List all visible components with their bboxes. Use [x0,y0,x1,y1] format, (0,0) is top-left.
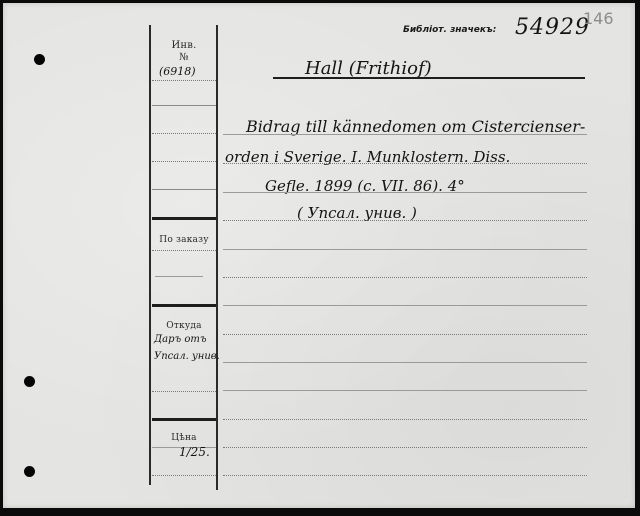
price-value: 1/25. [179,445,210,459]
left-rule-1 [152,105,216,106]
hole-punch-top [34,54,45,65]
order-rule-2 [155,276,203,277]
main-rule-12 [223,447,587,448]
source-value-line2: Упсал. унив. [154,351,220,362]
main-rule-11 [223,419,587,420]
order-rule-1 [152,250,216,251]
inventory-rule [152,80,216,81]
left-rule-2 [152,133,216,134]
main-rule-10 [223,390,587,391]
order-label: По заказу [152,235,216,245]
library-mark-value: 54929 [515,15,590,40]
left-column-left-rule [149,25,151,485]
inventory-label: Инв. [152,40,216,51]
main-rule-8 [223,334,587,335]
left-rule-4 [152,189,216,190]
source-value-line1: Даръ отъ [154,334,207,345]
main-rule-1 [223,134,587,135]
catalog-card: Библіот. значекъ: 54929 146 Инв. № (6918… [3,3,635,508]
author-rule [273,77,585,79]
main-rule-2 [223,163,587,164]
main-rule-3 [223,192,587,193]
main-rule-6 [223,277,587,278]
price-label: Цѣна [152,433,216,443]
source-label: Откуда [152,321,216,331]
hole-punch-bottom [24,466,35,477]
main-rule-13 [223,475,587,476]
inventory-number-sign: № [152,52,216,63]
main-rule-9 [223,362,587,363]
main-rule-7 [223,305,587,306]
left-rule-3 [152,161,216,162]
left-column-right-rule [216,25,218,490]
section-divider-source [152,304,216,307]
hole-punch-middle [24,376,35,387]
section-divider-order [152,217,216,220]
section-divider-price [152,418,216,421]
library-mark-label: Библіот. значекъ: [403,25,496,35]
source-rule [152,391,216,392]
main-rule-4 [223,220,587,221]
price-bottom-rule [152,475,216,476]
main-rule-5 [223,249,587,250]
pencil-annotation: 146 [583,9,614,28]
inventory-value: (6918) [159,65,196,78]
author-heading: Hall (Frithiof) [305,58,432,79]
